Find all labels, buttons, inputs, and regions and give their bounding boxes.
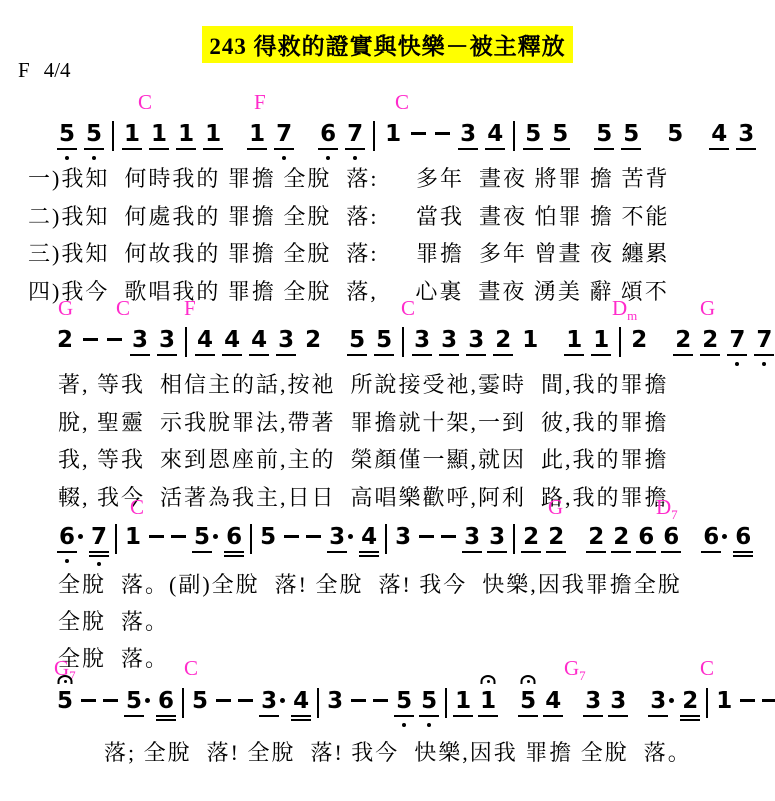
chord-label: C (116, 298, 130, 319)
duration-dash (306, 535, 321, 538)
beat-gap (649, 121, 657, 122)
note: 3 (394, 524, 412, 553)
note: 6 (157, 688, 175, 717)
note: 3 (467, 327, 485, 356)
note: 2 (612, 524, 630, 553)
underline-beam (359, 555, 379, 557)
underline-beam (57, 148, 77, 150)
underline-beam (701, 551, 721, 553)
note: 5 (666, 121, 684, 150)
augmentation-dot (722, 534, 727, 539)
underline-beam (359, 551, 379, 553)
underline-beam (673, 354, 693, 356)
underline-beam (439, 354, 459, 356)
underline-beam (611, 551, 631, 553)
underline-beam (394, 715, 414, 717)
note: 1 (150, 121, 168, 150)
underline-beam (224, 555, 244, 557)
note: 6 (734, 524, 752, 553)
duration-dash (411, 132, 426, 135)
chord-label: G7 (564, 658, 586, 679)
lyric-line: 脫, 聖靈 示我脫罪法,帶著 罪擔就十架,一到 彼,我的罪擔 (58, 404, 669, 442)
barline (112, 121, 114, 151)
augmentation-dot (348, 534, 353, 539)
note: 7 (728, 327, 746, 356)
underline-beam (543, 715, 563, 717)
underline-beam (546, 551, 566, 553)
hymn-title-row: 243 得救的證實與快樂－被主釋放 (0, 26, 775, 63)
underline-beam (276, 354, 296, 356)
beat-gap (331, 327, 339, 328)
lyric-line: 二)我知 何處我的 罪擔 全脫 落: 當我 晝夜 怕罪 擔 不能 (28, 198, 669, 236)
underline-beam (661, 551, 681, 553)
note: 3 (440, 327, 458, 356)
note: 7 (346, 121, 364, 150)
duration-dash (238, 699, 253, 702)
duration-dash (284, 535, 299, 538)
underline-beam (466, 354, 486, 356)
time-signature: 4/4 (44, 58, 71, 82)
augmentation-dot (78, 534, 83, 539)
note: 2 (304, 327, 322, 356)
underline-beam (291, 719, 311, 721)
duration-dash (103, 699, 118, 702)
note: 4 (250, 327, 268, 356)
underline-beam (453, 715, 473, 717)
beat-gap (302, 121, 310, 122)
barline (619, 327, 621, 357)
note: 2 (674, 327, 692, 356)
underline-beam (412, 354, 432, 356)
beat-gap (548, 327, 556, 328)
chord-label: G (700, 298, 715, 319)
lyric-line: 落; 全脫 落! 全脫 落! 我今 快樂,因我 罪擔 全脫 落。 (104, 734, 692, 771)
underline-beam (733, 555, 753, 557)
underline-beam (318, 148, 338, 150)
low-octave-dot (427, 723, 431, 727)
underline-beam (648, 715, 668, 717)
chord-label: C (130, 497, 144, 518)
underline-beam (419, 715, 439, 717)
fermata-icon (481, 675, 496, 684)
underline-beam (636, 551, 656, 553)
note: 2 (547, 524, 565, 553)
underline-beam (124, 715, 144, 717)
note: 3 (158, 327, 176, 356)
underline-beam (247, 148, 267, 150)
note: 1 (124, 524, 142, 553)
augmentation-dot (213, 534, 218, 539)
note: 3 (737, 121, 755, 150)
note: 2 (681, 688, 699, 717)
note: 1 (204, 121, 222, 150)
beat-gap (693, 121, 701, 122)
augmentation-dot (145, 698, 150, 703)
note: 5 (85, 121, 103, 150)
note: 3 (131, 327, 149, 356)
chord-row: CFC (0, 92, 775, 118)
note: 1 (715, 688, 733, 717)
underline-beam (374, 354, 394, 356)
chord-label: C (395, 92, 409, 113)
lyric-line: 全脫 落。(副)全脫 落! 全脫 落! 我今 快樂,因我罪擔全脫 (58, 566, 682, 603)
chord-label: F (254, 92, 266, 113)
chord-row: CGD7 (0, 497, 775, 523)
chord-label: Dm (612, 298, 637, 319)
lyrics-block: 著, 等我 相信主的話,按祂 所說接受祂,霎時 間,我的罪擔脫, 聖靈 示我脫罪… (58, 366, 669, 516)
note: 1 (521, 327, 539, 356)
note: 5 (395, 688, 413, 717)
underline-beam (89, 551, 109, 553)
lyric-line: 全脫 落。 (58, 603, 682, 640)
note: 1 (454, 688, 472, 717)
note: 1 (592, 327, 610, 356)
note: 1 (248, 121, 266, 150)
lyric-line: 著, 等我 相信主的話,按祂 所說接受祂,霎時 間,我的罪擔 (58, 366, 669, 404)
chord-label: C (700, 658, 714, 679)
note: 5 (259, 524, 277, 553)
note: 3 (463, 524, 481, 553)
underline-beam (586, 551, 606, 553)
underline-beam (156, 719, 176, 721)
note: 5 (420, 688, 438, 717)
underline-beam (485, 148, 505, 150)
beat-gap (569, 688, 577, 689)
low-octave-dot (402, 723, 406, 727)
chord-row: G7CG7C (0, 658, 775, 684)
note: 5 (58, 121, 76, 150)
underline-beam (727, 354, 747, 356)
barline (373, 121, 375, 151)
duration-dash (435, 132, 450, 135)
beat-gap (578, 121, 586, 122)
underline-beam (523, 148, 543, 150)
underline-beam (149, 148, 169, 150)
augmentation-dot (669, 698, 674, 703)
underline-beam (157, 354, 177, 356)
duration-dash (107, 338, 122, 341)
note: 1 (479, 688, 497, 717)
duration-dash (740, 699, 755, 702)
underline-beam (700, 354, 720, 356)
underline-beam (583, 715, 603, 717)
note: 3 (260, 688, 278, 717)
lyric-line: 我, 等我 來到恩座前,主的 榮顏僅一顯,就因 此,我的罪擔 (58, 441, 669, 479)
key-signature: F4/4 (18, 58, 71, 83)
note: 1 (384, 121, 402, 150)
note: 2 (494, 327, 512, 356)
chord-label: G (58, 298, 73, 319)
duration-dash (216, 699, 231, 702)
note: 3 (488, 524, 506, 553)
note: 2 (701, 327, 719, 356)
lyrics-block: 落; 全脫 落! 全脫 落! 我今 快樂,因我 罪擔 全脫 落。 (104, 734, 692, 771)
beat-gap (657, 327, 665, 328)
fermata-icon (521, 675, 536, 684)
key-letter: F (18, 58, 30, 82)
notes-row: 556534355115433321 (56, 688, 775, 718)
underline-beam (176, 148, 196, 150)
underline-beam (518, 715, 538, 717)
underline-beam (594, 148, 614, 150)
lyric-line: 三)我知 何故我的 罪擔 全脫 落: 罪擔 多年 曾晝 夜 纏累 (28, 235, 669, 273)
note: 3 (584, 688, 602, 717)
underline-beam (327, 551, 347, 553)
note: 4 (544, 688, 562, 717)
note: 2 (56, 327, 74, 356)
beat-gap (504, 688, 512, 689)
underline-beam (487, 551, 507, 553)
barline (513, 524, 515, 554)
duration-dash (762, 699, 775, 702)
note: 2 (522, 524, 540, 553)
underline-beam (458, 148, 478, 150)
low-octave-dot (735, 362, 739, 366)
beat-gap (687, 524, 695, 525)
beat-gap (634, 688, 642, 689)
underline-beam (608, 715, 628, 717)
note: 6 (319, 121, 337, 150)
duration-dash (419, 535, 434, 538)
underline-beam (345, 148, 365, 150)
chord-label: G (548, 497, 563, 518)
chord-row: GCFCDmG (0, 298, 775, 324)
underline-beam (195, 354, 215, 356)
note: 3 (326, 688, 344, 717)
note: 7 (90, 524, 108, 553)
fermata-icon (58, 675, 73, 684)
barline (250, 524, 252, 554)
underline-beam (680, 715, 700, 717)
low-octave-dot (762, 362, 766, 366)
duration-dash (149, 535, 164, 538)
chord-label: F (184, 298, 196, 319)
underline-beam (291, 715, 311, 717)
barline (445, 688, 447, 718)
duration-dash (83, 338, 98, 341)
note: 7 (755, 327, 773, 356)
underline-beam (521, 551, 541, 553)
underline-beam (736, 148, 756, 150)
underline-beam (754, 354, 774, 356)
note: 5 (56, 688, 74, 717)
underline-beam (274, 148, 294, 150)
chord-label: C (184, 658, 198, 679)
underline-beam (222, 354, 242, 356)
duration-dash (351, 699, 366, 702)
note: 4 (710, 121, 728, 150)
barline (317, 688, 319, 718)
barline (706, 688, 708, 718)
note: 3 (328, 524, 346, 553)
note: 5 (191, 688, 209, 717)
underline-beam (259, 715, 279, 717)
note: 5 (375, 327, 393, 356)
note: 6 (58, 524, 76, 553)
underline-beam (249, 354, 269, 356)
duration-dash (171, 535, 186, 538)
note: 5 (519, 688, 537, 717)
underline-beam (478, 715, 498, 717)
note: 3 (609, 688, 627, 717)
duration-dash (441, 535, 456, 538)
note: 5 (595, 121, 613, 150)
augmentation-dot (280, 698, 285, 703)
note: 6 (225, 524, 243, 553)
lyric-line: 一)我知 何時我的 罪擔 全脫 落: 多年 晝夜 將罪 擔 苦背 (28, 160, 669, 198)
underline-beam (733, 551, 753, 553)
barline (513, 121, 515, 151)
underline-beam (550, 148, 570, 150)
note: 3 (459, 121, 477, 150)
note: 2 (587, 524, 605, 553)
chord-label: C (401, 298, 415, 319)
note: 4 (196, 327, 214, 356)
underline-beam (84, 148, 104, 150)
underline-beam (224, 551, 244, 553)
note: 6 (662, 524, 680, 553)
note: 7 (275, 121, 293, 150)
underline-beam (122, 148, 142, 150)
underline-beam (192, 551, 212, 553)
note: 3 (277, 327, 295, 356)
duration-dash (81, 699, 96, 702)
note: 4 (292, 688, 310, 717)
underline-beam (564, 354, 584, 356)
beat-gap (572, 524, 580, 525)
note: 4 (360, 524, 378, 553)
underline-beam (347, 354, 367, 356)
note: 5 (551, 121, 569, 150)
underline-beam (57, 551, 77, 553)
note: 4 (223, 327, 241, 356)
note: 5 (622, 121, 640, 150)
underline-beam (203, 148, 223, 150)
underline-beam (462, 551, 482, 553)
note: 5 (125, 688, 143, 717)
notes-row: 55111117671345555543 (58, 121, 755, 151)
note: 4 (486, 121, 504, 150)
barline (182, 688, 184, 718)
note: 1 (565, 327, 583, 356)
chord-label: D7 (656, 497, 678, 518)
notes-row: 2334443255333211122277 (56, 327, 773, 357)
underline-beam (156, 715, 176, 717)
beat-gap (231, 121, 239, 122)
note: 5 (193, 524, 211, 553)
note: 3 (413, 327, 431, 356)
lyrics-block: 一)我知 何時我的 罪擔 全脫 落: 多年 晝夜 將罪 擔 苦背二)我知 何處我… (28, 160, 669, 310)
chord-label: C (138, 92, 152, 113)
underline-beam (680, 719, 700, 721)
note: 2 (630, 327, 648, 356)
hymn-title: 243 得救的證實與快樂－被主釋放 (202, 26, 572, 63)
barline (185, 327, 187, 357)
note: 5 (348, 327, 366, 356)
underline-beam (591, 354, 611, 356)
note: 1 (123, 121, 141, 150)
note: 6 (702, 524, 720, 553)
note: 3 (649, 688, 667, 717)
underline-beam (89, 555, 109, 557)
underline-beam (621, 148, 641, 150)
underline-beam (493, 354, 513, 356)
underline-beam (130, 354, 150, 356)
hymn-sheet: 243 得救的證實與快樂－被主釋放 F4/4 CFC 5511111767134… (0, 0, 775, 801)
notes-row: 6715653433322226666 (58, 524, 752, 554)
note: 5 (524, 121, 542, 150)
barline (402, 327, 404, 357)
underline-beam (709, 148, 729, 150)
barline (385, 524, 387, 554)
note: 1 (177, 121, 195, 150)
barline (115, 524, 117, 554)
low-octave-dot (65, 559, 69, 563)
duration-dash (373, 699, 388, 702)
note: 6 (637, 524, 655, 553)
